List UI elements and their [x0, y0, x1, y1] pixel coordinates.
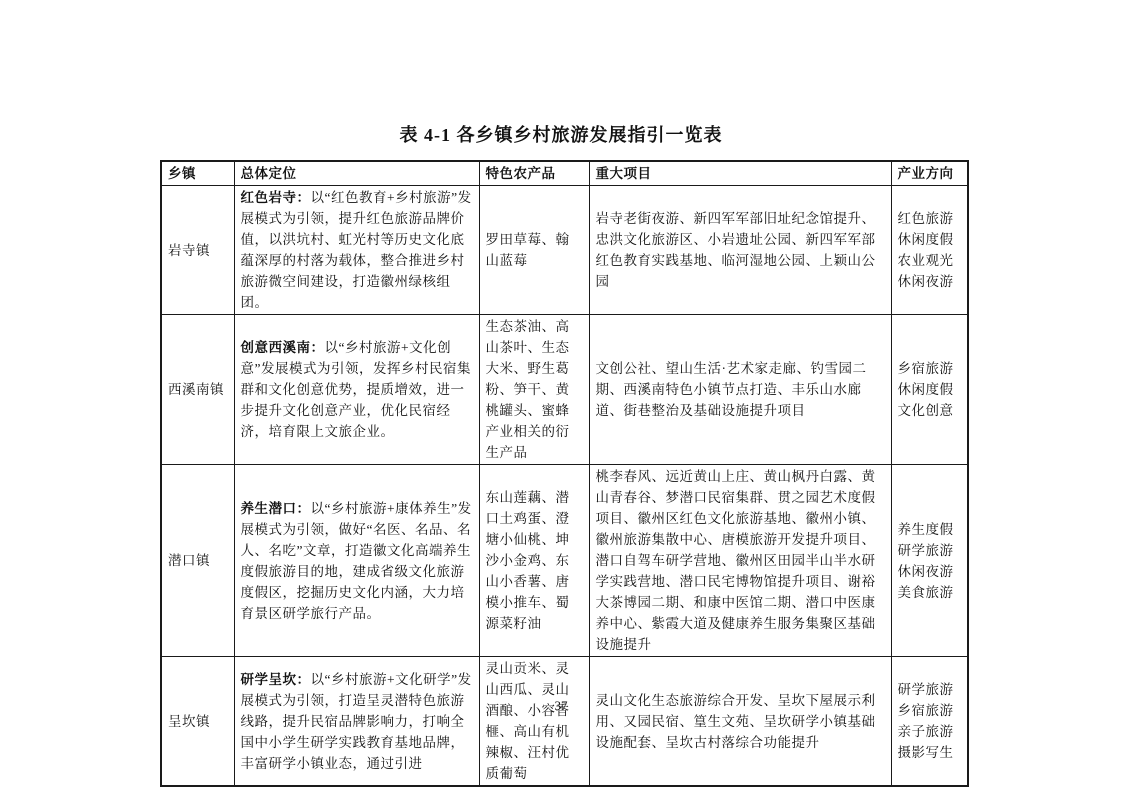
directions-cell: 红色旅游 休闲度假 农业观光 休闲夜游	[891, 186, 968, 315]
products-cell: 灵山贡米、灵山西瓜、灵山酒酿、小容香榧、高山有机辣椒、汪村优质葡萄	[479, 657, 589, 787]
projects-cell: 桃李春风、远近黄山上庄、黄山枫丹白露、黄山青春谷、梦潜口民宿集群、贯之园艺术度假…	[589, 465, 891, 657]
directions-list: 乡宿旅游 休闲度假 文化创意	[898, 358, 962, 421]
directions-list: 研学旅游 乡宿旅游 亲子旅游 摄影写生	[898, 679, 962, 763]
directions-list: 养生度假 研学旅游 休闲夜游 美食旅游	[898, 519, 962, 603]
header-row: 乡镇 总体定位 特色农产品 重大项目 产业方向	[161, 161, 968, 186]
town-cell: 岩寺镇	[161, 186, 234, 315]
positioning-lead: 红色岩寺：	[241, 190, 311, 205]
products-cell: 罗田草莓、翰山蓝莓	[479, 186, 589, 315]
directions-cell: 乡宿旅游 休闲度假 文化创意	[891, 315, 968, 465]
directions-cell: 养生度假 研学旅游 休闲夜游 美食旅游	[891, 465, 968, 657]
col-header-directions: 产业方向	[891, 161, 968, 186]
page-number: 37	[0, 698, 1122, 714]
positioning-cell: 研学呈坎：以“乡村旅游+文化研学”发展模式为引领，打造呈灵潜特色旅游线路，提升民…	[234, 657, 479, 787]
table-row-yansi: 岩寺镇 红色岩寺：以“红色教育+乡村旅游”发展模式为引领，提升红色旅游品牌价值，…	[161, 186, 968, 315]
positioning-text: 以“红色教育+乡村旅游”发展模式为引领，提升红色旅游品牌价值，以洪坑村、虹光村等…	[241, 190, 472, 310]
projects-cell: 灵山文化生态旅游综合开发、呈坎下屋展示利用、又园民宿、篁生文苑、呈坎研学小镇基础…	[589, 657, 891, 787]
town-cell: 西溪南镇	[161, 315, 234, 465]
col-header-projects: 重大项目	[589, 161, 891, 186]
positioning-cell: 创意西溪南：以“乡村旅游+文化创意”发展模式为引领，发挥乡村民宿集群和文化创意优…	[234, 315, 479, 465]
table-row-qiankou: 潜口镇 养生潜口：以“乡村旅游+康体养生”发展模式为引领，做好“名医、名品、名人…	[161, 465, 968, 657]
town-cell: 呈坎镇	[161, 657, 234, 787]
positioning-lead: 养生潜口：	[241, 501, 311, 516]
positioning-lead: 研学呈坎：	[241, 672, 311, 687]
directions-list: 红色旅游 休闲度假 农业观光 休闲夜游	[898, 208, 962, 292]
products-cell: 东山莲藕、潜口土鸡蛋、澄塘小仙桃、坤沙小金鸡、东山小香薯、唐模小推车、蜀源菜籽油	[479, 465, 589, 657]
col-header-products: 特色农产品	[479, 161, 589, 186]
products-cell: 生态茶油、高山茶叶、生态大米、野生葛粉、笋干、黄桃罐头、蜜蜂产业相关的衍生产品	[479, 315, 589, 465]
col-header-town: 乡镇	[161, 161, 234, 186]
projects-cell: 岩寺老街夜游、新四军军部旧址纪念馆提升、忠洪文化旅游区、小岩遗址公园、新四军军部…	[589, 186, 891, 315]
col-header-positioning: 总体定位	[234, 161, 479, 186]
directions-cell: 研学旅游 乡宿旅游 亲子旅游 摄影写生	[891, 657, 968, 787]
table-row-xixinan: 西溪南镇 创意西溪南：以“乡村旅游+文化创意”发展模式为引领，发挥乡村民宿集群和…	[161, 315, 968, 465]
positioning-text: 以“乡村旅游+康体养生”发展模式为引领，做好“名医、名品、名人、名吃”文章，打造…	[241, 501, 472, 621]
positioning-cell: 养生潜口：以“乡村旅游+康体养生”发展模式为引领，做好“名医、名品、名人、名吃”…	[234, 465, 479, 657]
table-title: 表 4-1 各乡镇乡村旅游发展指引一览表	[0, 121, 1122, 147]
positioning-cell: 红色岩寺：以“红色教育+乡村旅游”发展模式为引领，提升红色旅游品牌价值，以洪坑村…	[234, 186, 479, 315]
projects-cell: 文创公社、望山生活·艺术家走廊、钓雪园二期、西溪南特色小镇节点打造、丰乐山水廊道…	[589, 315, 891, 465]
table-row-chengkan: 呈坎镇 研学呈坎：以“乡村旅游+文化研学”发展模式为引领，打造呈灵潜特色旅游线路…	[161, 657, 968, 787]
township-tourism-table: 乡镇 总体定位 特色农产品 重大项目 产业方向 岩寺镇 红色岩寺：以“红色教育+…	[160, 160, 969, 787]
town-cell: 潜口镇	[161, 465, 234, 657]
positioning-lead: 创意西溪南：	[241, 340, 325, 355]
document-page: 表 4-1 各乡镇乡村旅游发展指引一览表 乡镇 总体定位 特色农产品 重大项目 …	[0, 0, 1122, 793]
